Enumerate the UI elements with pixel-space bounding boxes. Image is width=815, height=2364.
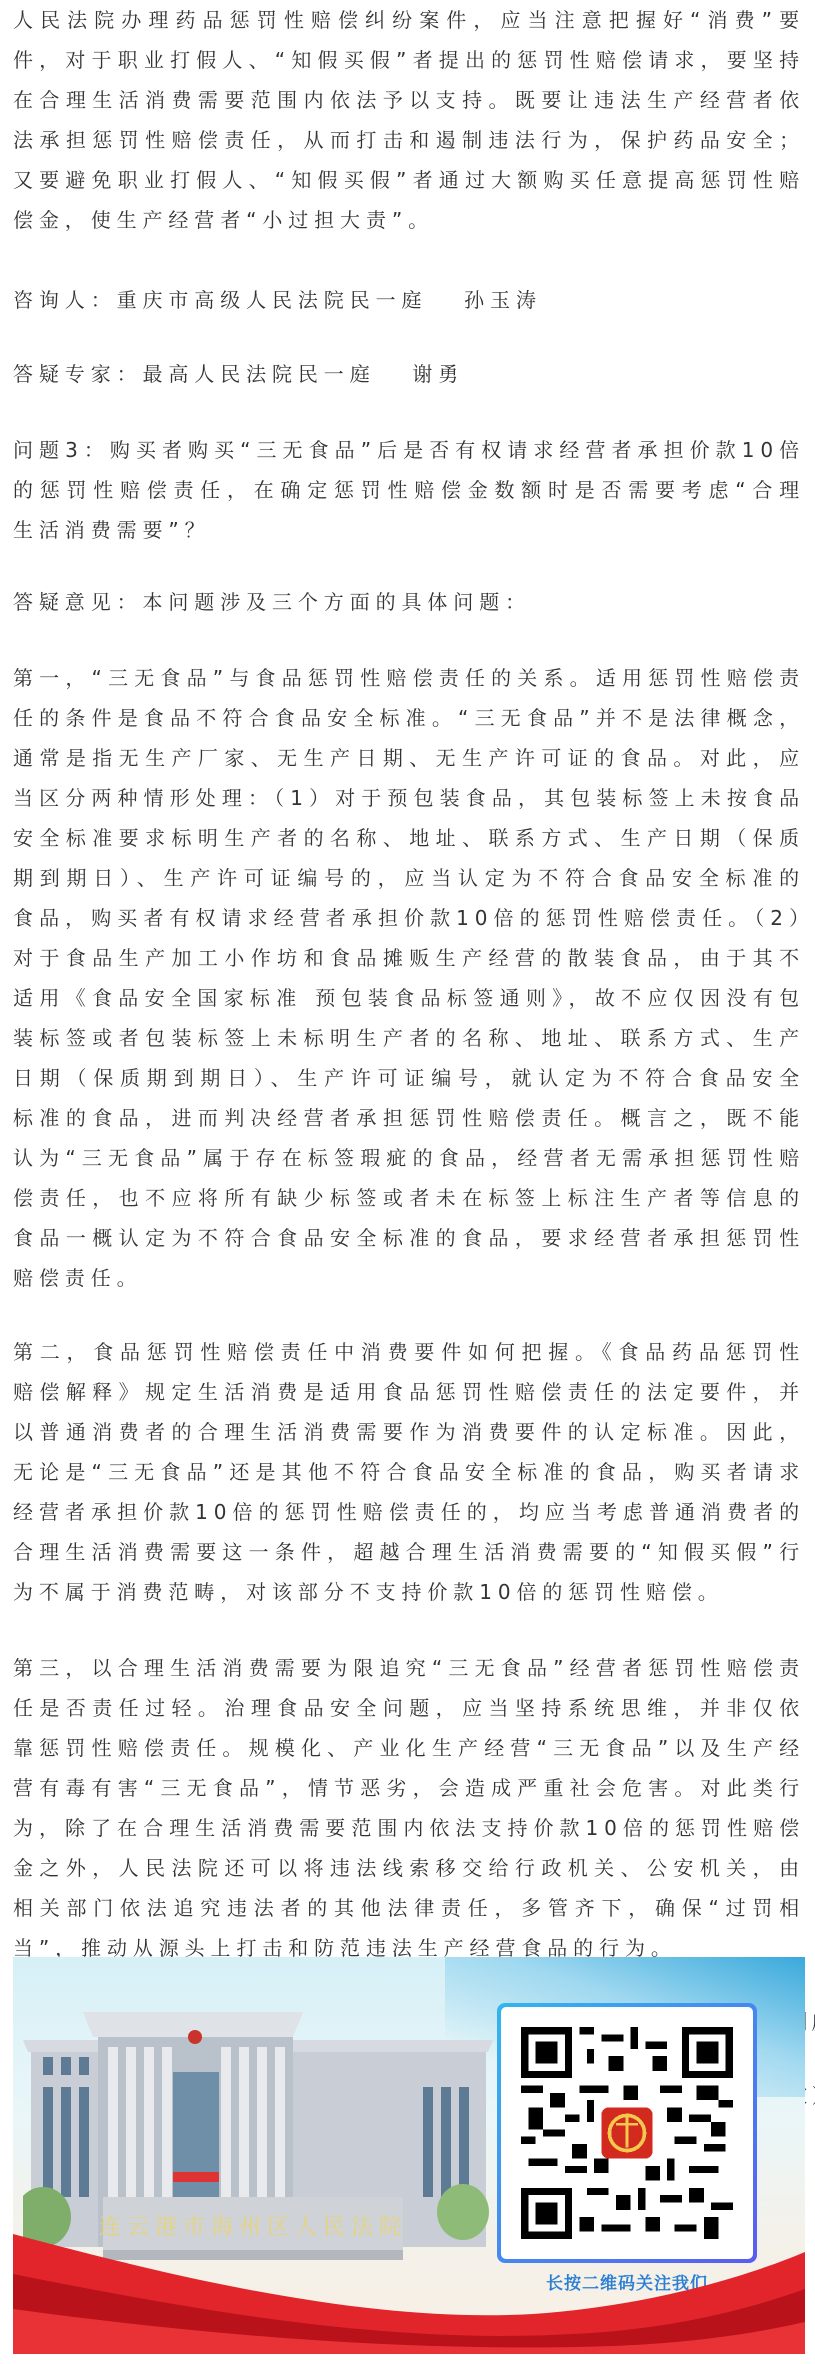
follow-us-banner[interactable]: 连云港市海州区人民法院 [13,1957,805,2354]
intro-paragraph: 人民法院办理药品惩罚性赔偿纠纷案件，应当注意把握好“消费”要件，对于职业打假人、… [13,0,805,240]
answer-point-3: 第三，以合理生活消费需要为限追究“三无食品”经营者惩罚性赔偿责任是否责任过轻。治… [13,1648,805,1968]
answer-point-2: 第二，食品惩罚性赔偿责任中消费要件如何把握。《食品药品惩罚性赔偿解释》规定生活消… [13,1332,805,1612]
court-building-photo: 连云港市海州区人民法院 [23,2012,493,2267]
question-3: 问题3：购买者购买“三无食品”后是否有权请求经营者承担价款10倍的惩罚性赔偿责任… [13,430,805,550]
answer-intro: 答疑意见：本问题涉及三个方面的具体问题： [13,582,805,622]
red-ribbon-decoration [13,2234,805,2354]
consultant-line-1: 咨询人：重庆市高级人民法院民一庭 孙玉涛 [13,280,805,320]
article-body: 人民法院办理药品惩罚性赔偿纠纷案件，应当注意把握好“消费”要件，对于职业打假人、… [13,0,805,2174]
qr-code-frame[interactable] [497,2003,757,2263]
answer-point-1: 第一，“三无食品”与食品惩罚性赔偿责任的关系。适用惩罚性赔偿责任的条件是食品不符… [13,658,805,1298]
expert-line-1: 答疑专家：最高人民法院民一庭 谢勇 [13,354,805,394]
qr-code-icon[interactable] [521,2027,733,2239]
